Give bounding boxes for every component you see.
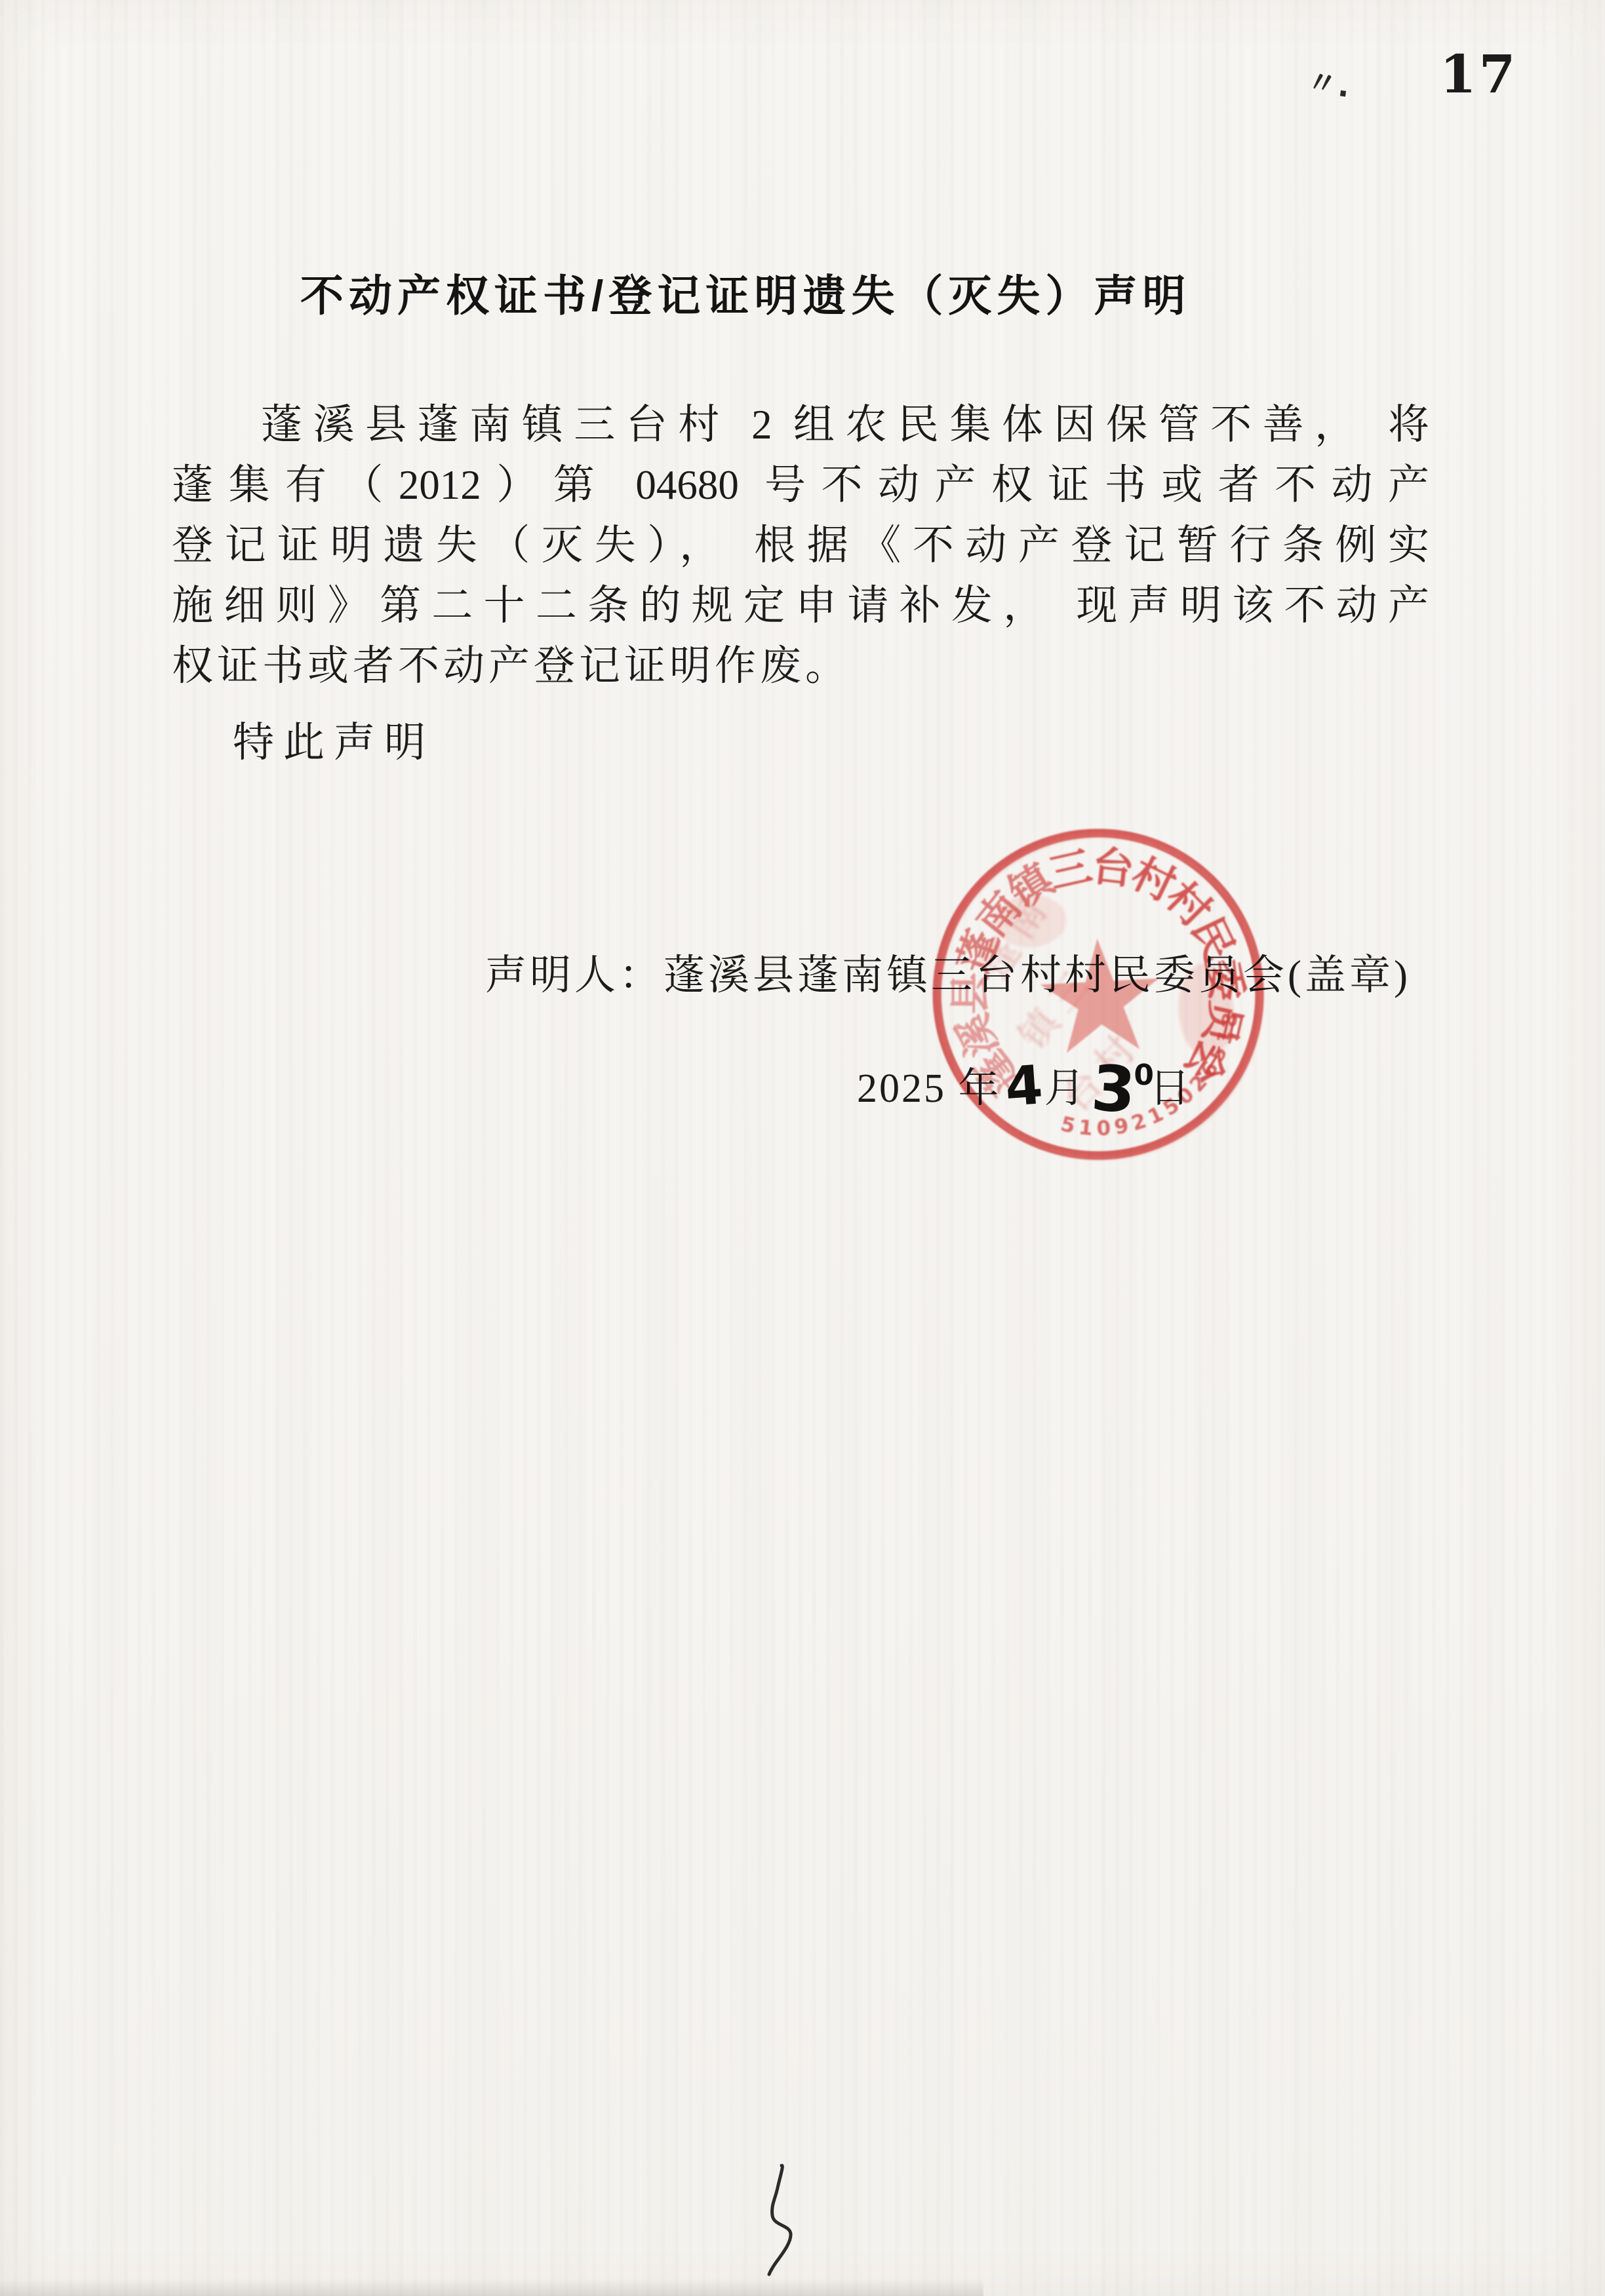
page-number: 17 xyxy=(1440,43,1518,105)
body-line-5: 权证书或者不动产登记证明作废。 xyxy=(172,636,1429,696)
signer-line: 声明人：蓬溪县蓬南镇三台村村民委员会(盖章) xyxy=(485,945,1411,1005)
scanned-document-page: 〃. 17 不动产权证书/登记证明遗失（灭失）声明 蓬溪县蓬南镇三台村 2 组农… xyxy=(0,0,1605,2296)
date-line: 2025 年4月30日 xyxy=(857,1047,1192,1113)
date-day-handwritten: 3 xyxy=(1089,1055,1139,1124)
scan-edge-shadow xyxy=(0,2279,983,2296)
body-line-1: 蓬溪县蓬南镇三台村 2 组农民集体因保管不善， 将 xyxy=(172,395,1429,455)
document-body: 蓬溪县蓬南镇三台村 2 组农民集体因保管不善， 将 蓬集有（2012）第 046… xyxy=(172,395,1429,696)
pen-squiggle-mark xyxy=(747,2156,826,2281)
body-line-4: 施细则》第二十二条的规定申请补发， 现声明该不动产 xyxy=(172,575,1429,636)
date-month-handwritten: 4 xyxy=(1002,1053,1046,1121)
body-line-2: 蓬集有（2012）第 04680 号不动产权证书或者不动产 xyxy=(172,455,1429,515)
closing-statement: 特此声明 xyxy=(172,712,435,773)
body-line-3: 登记证明遗失（灭失）， 根据《不动产登记暂行条例实 xyxy=(172,515,1429,575)
date-year-printed: 2025 年 xyxy=(857,1066,1001,1111)
ink-corner-mark: 〃. xyxy=(1305,58,1355,107)
date-day-zero-handwritten: 0 xyxy=(1134,1043,1156,1108)
date-month-unit: 月 xyxy=(1044,1066,1087,1111)
svg-text:5: 5 xyxy=(1058,1112,1077,1138)
document-title: 不动产权证书/登记证明遗失（灭失）声明 xyxy=(300,261,1284,323)
